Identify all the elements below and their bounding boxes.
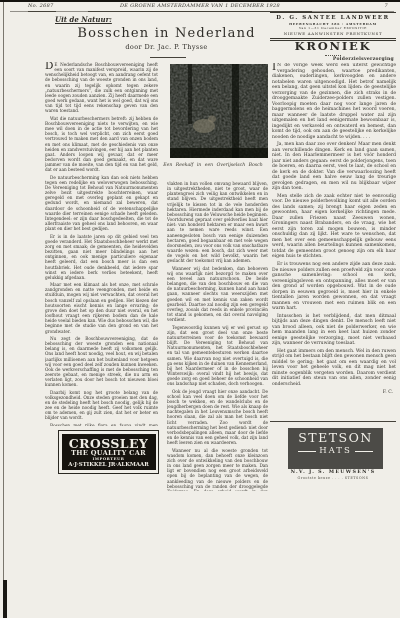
paragraph-text: N de vorige week werd een uiterst gewich… — [272, 63, 396, 140]
scan-ink-blob — [3, 580, 7, 618]
paragraph: Maar met een klimaat als het onze, met s… — [45, 282, 158, 334]
paragraph: Er is trouwens nog een andere zijde aan … — [272, 262, 396, 312]
article-byline: door Dr. Jac. P. Thysse — [54, 43, 279, 51]
santee-dates: Van 1—31 December EXPOSITIE — [270, 26, 396, 30]
article-column-2: vlakten in hun vollen omvang bewaard bli… — [167, 181, 268, 491]
paragraph: Tegenwoordig kunnen wij er wel gerust op… — [167, 325, 268, 387]
paragraph-text: E Nederlandsche Boschbouwvereeniging hee… — [45, 62, 158, 113]
dropcap-letter: D — [45, 62, 54, 71]
issue-rule — [28, 11, 56, 12]
paragraph: Men stelle zich de zaak echter niet te e… — [272, 194, 396, 260]
paragraph: De natuurbescherming kan dan ook niets h… — [45, 175, 158, 232]
paragraph: Wat die natuurbeschermers betreft: zij h… — [45, 116, 158, 173]
scan-edge-top — [0, 0, 400, 2]
kroniek-heading: KRONIEK — [270, 39, 396, 53]
paragraph: Het gaat immers om den mensch. Wel in de… — [272, 349, 396, 388]
article-lead-paragraph: DE Nederlandsche Boschbouwvereeniging he… — [45, 62, 158, 114]
santee-exhibition: NIEUWE AANWINSTEN PRENTKUNST — [270, 31, 396, 36]
article-title: Bosschen in Nederland — [54, 26, 279, 41]
dash-ornament — [355, 451, 373, 452]
stetson-hats-row: HATS — [295, 446, 376, 456]
crossley-ad-box: CROSSLEY THE QUALITY CAR IMPORTEUR A·J·S… — [62, 434, 156, 471]
paragraph: Ja, men kan daar zoo over denken! Maar m… — [272, 142, 396, 192]
article-kicker: Uit de Natuur: — [55, 15, 112, 24]
article-column-1: DE Nederlandsche Boschbouwvereeniging he… — [45, 62, 158, 426]
stetson-company: N.V. J. S. MEUWSEN'S — [270, 469, 396, 475]
dash-ornament — [298, 451, 316, 452]
stetson-ad: STETSON HATS — [288, 428, 383, 469]
kroniek-lead-paragraph: IN de vorige week werd een uiterst gewic… — [272, 63, 396, 140]
newspaper-page: No. 2687 DE GROENE AMSTERDAMMER VAN 1 DE… — [0, 0, 400, 618]
paragraph: Bosschen met rijke flora en fauna vindt … — [45, 423, 158, 426]
stetson-product: HATS — [319, 446, 352, 456]
forest-photo-image — [170, 64, 268, 158]
crossley-ad: CROSSLEY THE QUALITY CAR IMPORTEUR A·J·S… — [58, 430, 159, 474]
paragraph: Intusschen is het verblijdend, dat men d… — [272, 314, 396, 347]
byline-rule — [150, 57, 186, 58]
paragraph: Ook de jeugd vraagt hier onze aandacht. … — [167, 389, 268, 446]
crossley-dealer: A·J·STIKKEL JR·ALKMAAR — [63, 462, 155, 468]
santee-address: HEERENGRACHT 386 : AMSTERDAM — [270, 22, 396, 26]
forest-photo — [170, 64, 268, 158]
santee-name: D. G. SANTEE LANDWEER — [270, 15, 396, 21]
masthead: DE GROENE AMSTERDAMMER VAN 1 DECEMBER 19… — [45, 3, 355, 9]
paragraph: Wanneer nu al die woeste gronden tot was… — [167, 448, 268, 491]
paragraph: Nu zegt de Boschbouwvereeniging, dat de … — [45, 336, 158, 388]
paragraph: Er is in de laatste jaren op dit gebied … — [45, 234, 158, 280]
page-number: 7 — [368, 3, 388, 9]
photo-caption: Een Reekalf in een Overijselsch Bosch — [158, 163, 268, 168]
scan-edge-left — [3, 2, 4, 618]
stetson-tagline: Grootste keuze . . . . STETSONS — [270, 476, 396, 480]
paragraph: Wanneer wij dat bedenken, dan behoeven w… — [167, 266, 268, 323]
column-rule — [270, 421, 396, 422]
kroniek-signature: F. C. — [272, 390, 396, 396]
kroniek-subhead: Polderzielsverzorging — [270, 57, 394, 62]
santee-landweer-ad: D. G. SANTEE LANDWEER HEERENGRACHT 386 :… — [270, 12, 396, 41]
crossley-brand: CROSSLEY — [63, 437, 155, 450]
kroniek-column: IN de vorige week werd een uiterst gewic… — [272, 63, 396, 415]
paragraph: vlakten in hun vollen omvang bewaard bli… — [167, 181, 268, 264]
stetson-brand: STETSON — [288, 431, 383, 444]
paragraph: Daarbij komt nog het groote belang van d… — [45, 390, 158, 421]
